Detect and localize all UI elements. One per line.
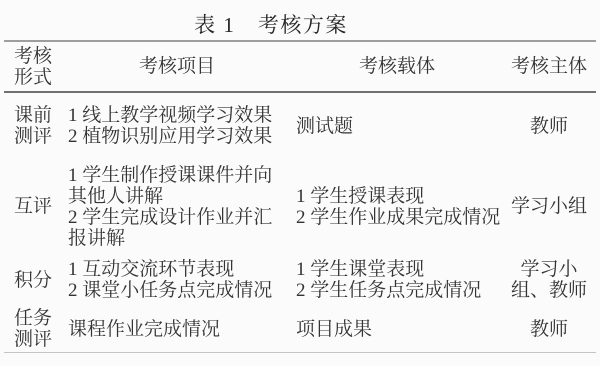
cell-assessment-subject: 教师 xyxy=(502,92,596,159)
page: 表 1 考核方案 考核 形式 考核项目 考核载体 考核主体 课前 测评 1 线上… xyxy=(0,0,600,366)
cell-assessment-carrier: 测试题 xyxy=(292,92,502,159)
cell-assessment-items: 1 互动交流环节表现 2 课堂小任务点完成情况 xyxy=(62,254,292,306)
cell-assessment-items: 1 线上教学视频学习效果 2 植物识别应用学习效果 xyxy=(62,92,292,159)
cell-assessment-carrier: 1 学生授课表现 2 学生作业成果完成情况 xyxy=(292,159,502,254)
table-row: 互评 1 学生制作授课课件并向 其他人讲解 2 学生完成设计作业并汇 报讲解 1… xyxy=(4,159,596,254)
table-row: 任务 测评 课程作业完成情况 项目成果 教师 xyxy=(4,306,596,353)
header-assessment-subject: 考核主体 xyxy=(502,41,596,92)
cell-assessment-form: 任务 测评 xyxy=(4,306,62,353)
table-title: 表 1 考核方案 xyxy=(0,0,571,40)
table-row: 课前 测评 1 线上教学视频学习效果 2 植物识别应用学习效果 测试题 教师 xyxy=(4,92,596,159)
cell-assessment-form: 课前 测评 xyxy=(4,92,62,159)
cell-assessment-form: 互评 xyxy=(4,159,62,254)
cell-assessment-subject: 学习小组 xyxy=(502,159,596,254)
header-assessment-carrier: 考核载体 xyxy=(292,41,502,92)
cell-assessment-items: 课程作业完成情况 xyxy=(62,306,292,353)
cell-assessment-carrier: 项目成果 xyxy=(292,306,502,353)
table-header-row: 考核 形式 考核项目 考核载体 考核主体 xyxy=(4,41,596,92)
cell-assessment-subject: 学习小 组、教师 xyxy=(502,254,596,306)
header-assessment-items: 考核项目 xyxy=(62,41,292,92)
cell-assessment-form: 积分 xyxy=(4,254,62,306)
cell-assessment-items: 1 学生制作授课课件并向 其他人讲解 2 学生完成设计作业并汇 报讲解 xyxy=(62,159,292,254)
header-assessment-form: 考核 形式 xyxy=(4,41,62,92)
table-row: 积分 1 互动交流环节表现 2 课堂小任务点完成情况 1 学生课堂表现 2 学生… xyxy=(4,254,596,306)
cell-assessment-subject: 教师 xyxy=(502,306,596,353)
assessment-table: 考核 形式 考核项目 考核载体 考核主体 课前 测评 1 线上教学视频学习效果 … xyxy=(4,40,596,353)
cell-assessment-carrier: 1 学生课堂表现 2 学生任务点完成情况 xyxy=(292,254,502,306)
